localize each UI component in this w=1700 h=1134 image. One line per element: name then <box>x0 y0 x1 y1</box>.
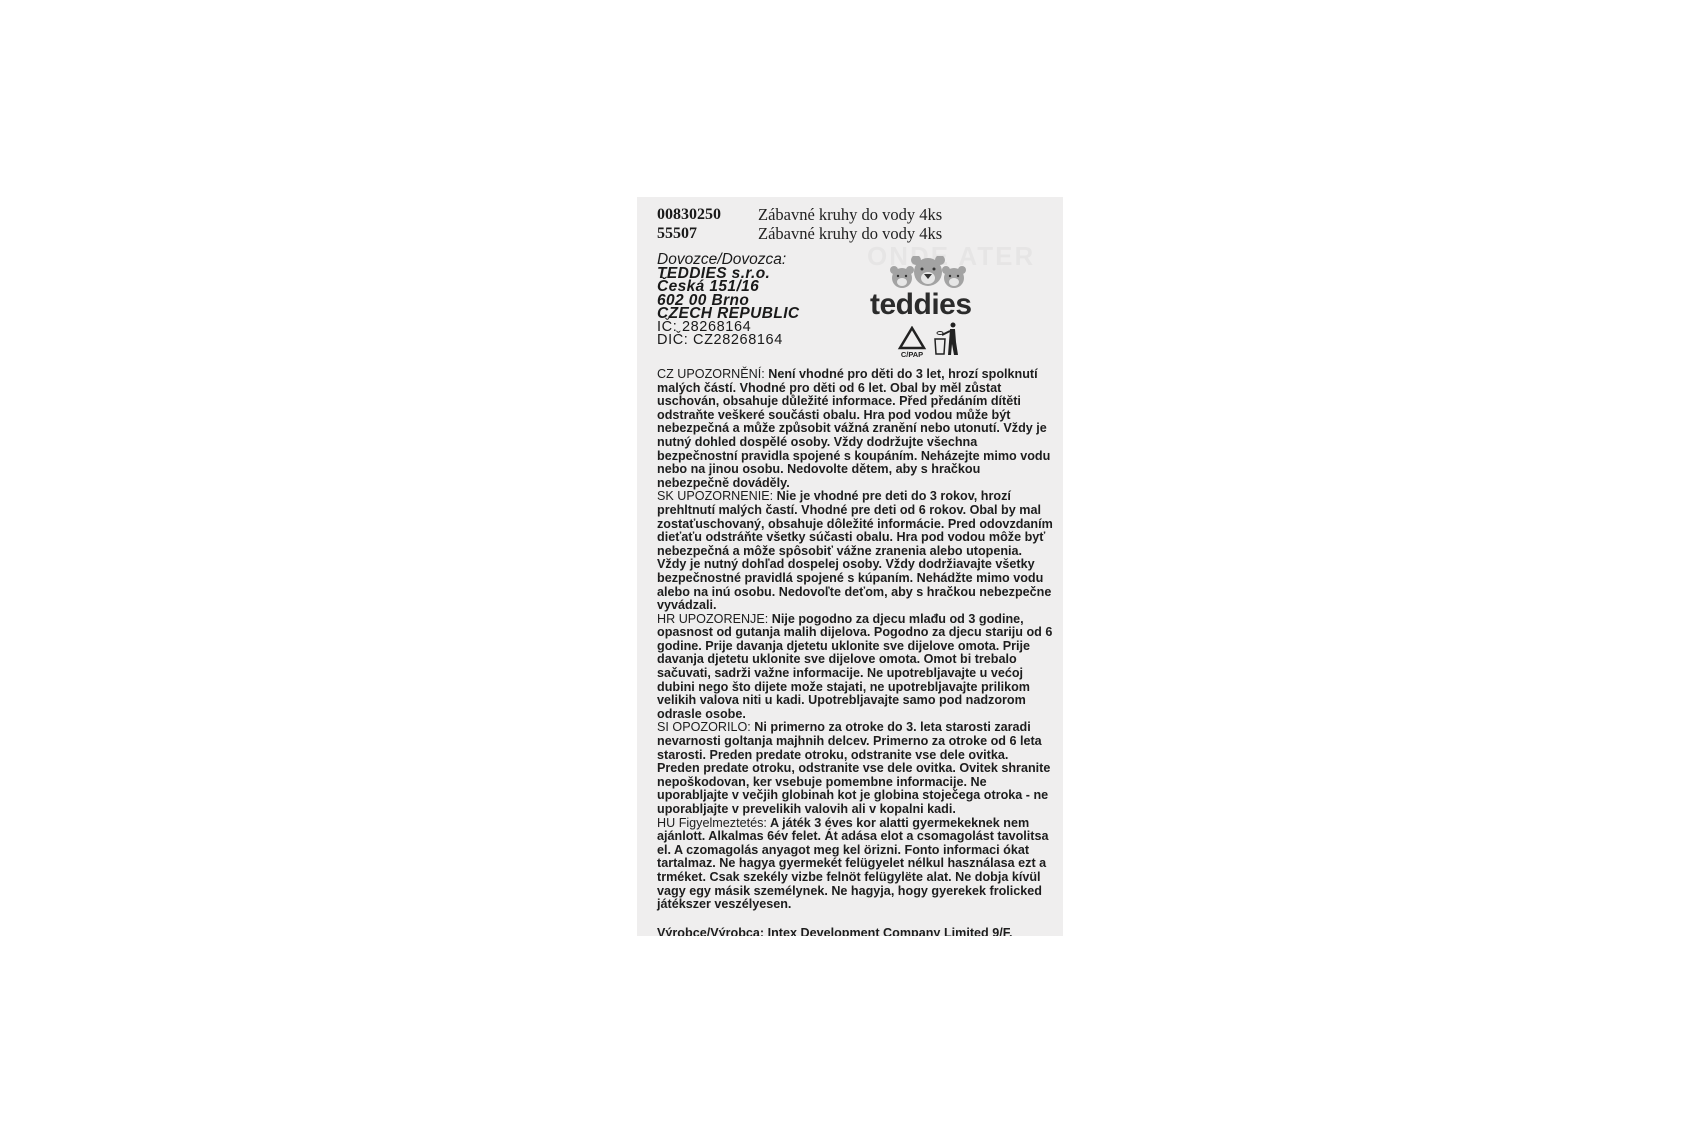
warning-text: Nie je vhodné pre deti do 3 rokov, hrozí… <box>657 489 1053 612</box>
warning-sk: SK UPOZORNENIE: Nie je vhodné pre deti d… <box>657 490 1053 612</box>
product-code: 55507 <box>657 224 758 243</box>
warning-text: A játék 3 éves kor alatti gyermekeknek n… <box>657 816 1049 912</box>
brand-name: teddies <box>870 290 972 320</box>
teddies-logo: teddies C/PAP <box>870 256 985 366</box>
product-name: Zábavné kruhy do vody 4ks <box>758 224 1053 243</box>
warning-text: Nije pogodno za djecu mlađu od 3 godine,… <box>657 612 1052 721</box>
recycle-icon: C/PAP <box>897 326 927 358</box>
warning-si: SI OPOZORILO: Ni primerno za otroke do 3… <box>657 721 1053 816</box>
warning-hr: HR UPOZORENJE: Nije pogodno za djecu mla… <box>657 613 1053 722</box>
warning-lead: SK UPOZORNENIE: <box>657 489 773 503</box>
warning-cz: CZ UPOZORNĚNÍ: Není vhodné pro děti do 3… <box>657 368 1053 490</box>
warning-lead: HU Figyelmeztetés: <box>657 816 767 830</box>
product-name: Zábavné kruhy do vody 4ks <box>758 205 1053 224</box>
warning-text: Ni primerno za otroke do 3. leta starost… <box>657 720 1050 816</box>
product-codes: 00830250 Zábavné kruhy do vody 4ks 55507… <box>657 205 1053 243</box>
product-code: 00830250 <box>657 205 758 224</box>
product-label: ONDE ATER 00830250 Zábavné kruhy do vody… <box>637 197 1063 936</box>
warning-lead: HR UPOZORENJE: <box>657 612 768 626</box>
warning-hu: HU Figyelmeztetés: A játék 3 éves kor al… <box>657 817 1053 912</box>
trash-bin-person-icon <box>933 322 959 356</box>
importer-dic: DIČ: CZ28268164 <box>657 334 800 348</box>
importer-address: Dovozce/Dovozca: TEDDIES s.r.o. Česká 15… <box>657 253 800 348</box>
warning-text: Není vhodné pro děti do 3 let, hrozí spo… <box>657 367 1050 490</box>
warning-lead: CZ UPOZORNĚNÍ: <box>657 367 765 381</box>
teddy-bears-icon <box>888 256 968 292</box>
safety-warnings: CZ UPOZORNĚNÍ: Není vhodné pro děti do 3… <box>657 368 1053 912</box>
manufacturer-info: Výrobce/Výrobca: Intex Development Compa… <box>657 927 1053 936</box>
recycle-code: C/PAP <box>901 350 923 358</box>
warning-lead: SI OPOZORILO: <box>657 720 751 734</box>
importer-section: Dovozce/Dovozca: TEDDIES s.r.o. Česká 15… <box>657 253 1053 363</box>
